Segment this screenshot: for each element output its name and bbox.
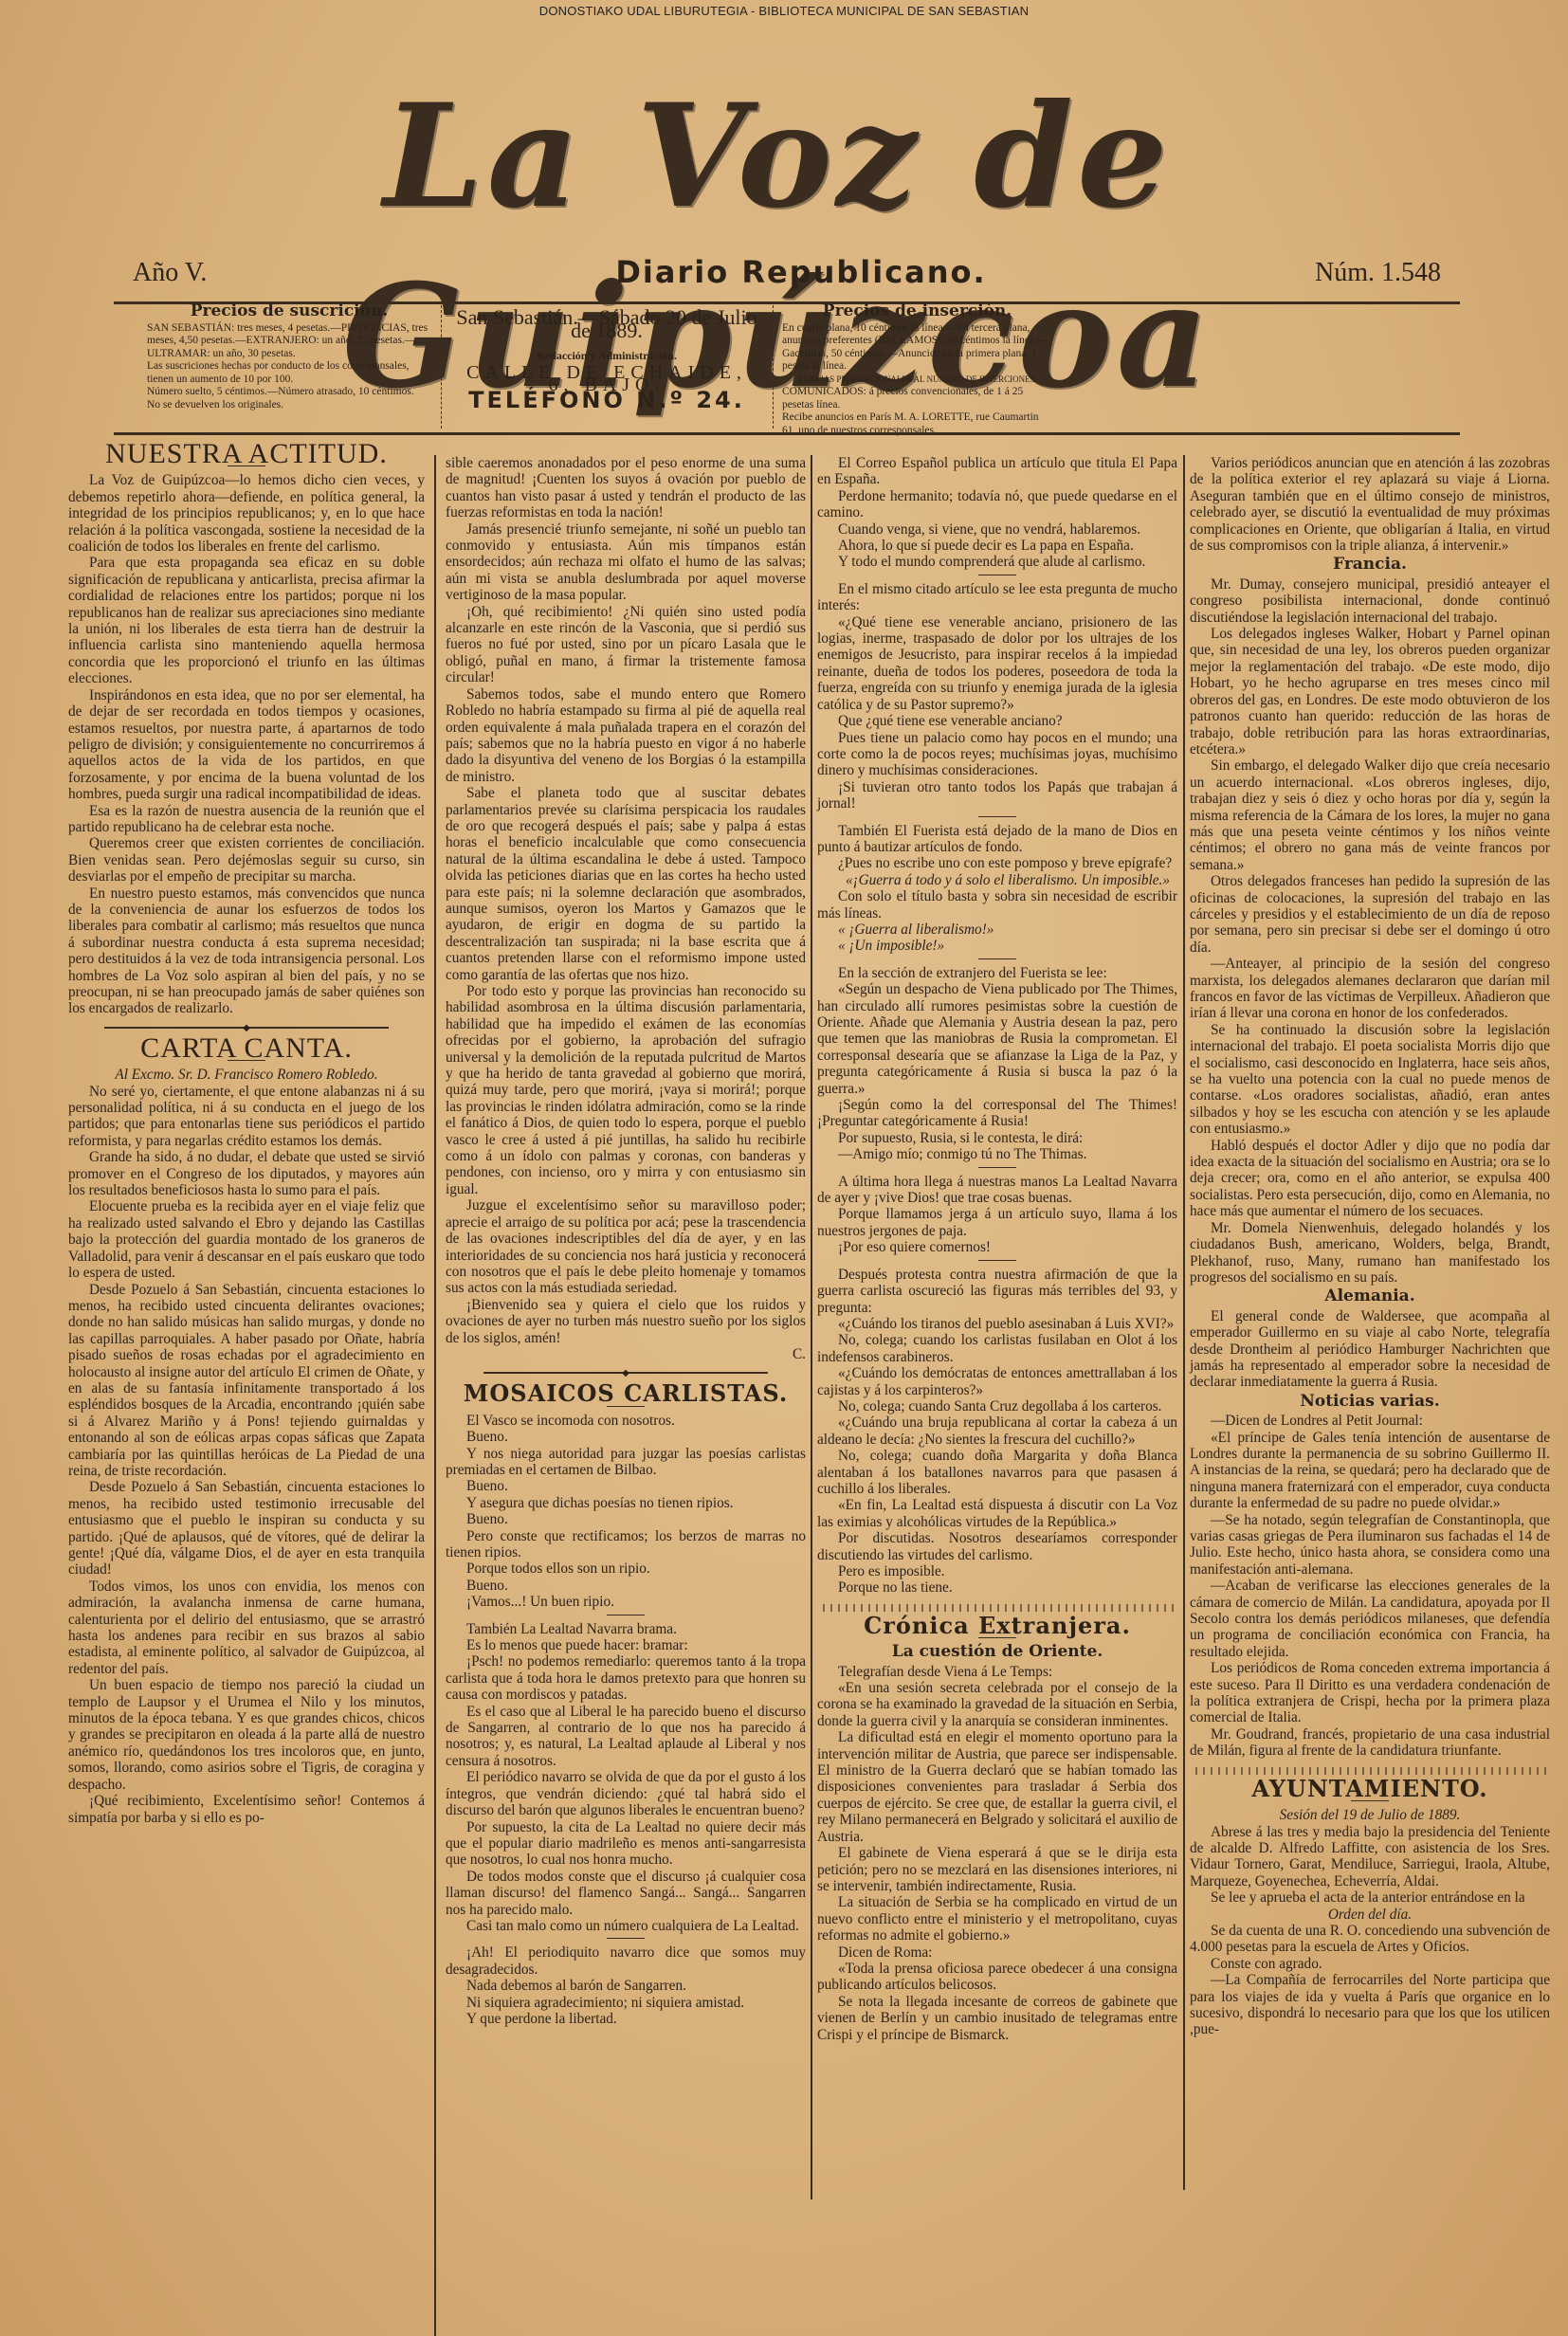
paragraph: Con solo el título basta y sobra sin nec… <box>817 888 1177 922</box>
column-2: sible caeremos anonadados por el peso en… <box>446 455 806 2027</box>
paragraph: «¿Cuándo una bruja republicana al cortar… <box>817 1414 1177 1448</box>
paragraph: En el mismo citado artículo se lee esta … <box>817 581 1177 614</box>
section-title-alemania: Alemania. <box>1190 1288 1550 1305</box>
paragraph: Inspirándonos en esta idea, que no por s… <box>68 687 425 803</box>
paragraph: Mr. Domela Nienwenhuis, delegado holandé… <box>1190 1220 1550 1287</box>
paragraph: Sin embargo, el delegado Walker dijo que… <box>1190 757 1550 873</box>
paragraph: Se da cuenta de una R. O. concediendo un… <box>1190 1923 1550 1956</box>
paragraph: A última hora llega á nuestras manos La … <box>817 1174 1177 1207</box>
paragraph: También La Lealtad Navarra brama. <box>446 1621 806 1637</box>
column-1: NUESTRA ACTITUD. La Voz de Guipúzcoa—lo … <box>68 446 425 1826</box>
paragraph: Sabemos todos, sabe el mundo entero que … <box>446 686 806 785</box>
paragraph: Habló después el doctor Adler y dijo que… <box>1190 1138 1550 1220</box>
subtitle: Diario Republicano. <box>123 254 1479 290</box>
paragraph: Es el caso que al Liberal le ha parecido… <box>446 1704 806 1770</box>
paragraph: No, colega; cuando los carlistas fusilab… <box>817 1332 1177 1365</box>
admin-label: Redacción y Administración. <box>450 350 763 363</box>
paragraph: Nada debemos al barón de Sangarren. <box>446 1978 806 1994</box>
paragraph: Queremos creer que existen corrientes de… <box>68 835 425 885</box>
paragraph: ¿Pues no escribe uno con este pomposo y … <box>817 855 1177 871</box>
paragraph: El Vasco se incomoda con nosotros. <box>446 1413 806 1429</box>
section-title-ayuntamiento: AYUNTAMIENTO. <box>1190 1780 1550 1797</box>
paragraph: Mr. Goudrand, francés, propietario de un… <box>1190 1726 1550 1760</box>
dash-divider <box>607 1615 645 1615</box>
dash-divider <box>607 1938 645 1939</box>
publication-info: San Sebastián.—Sábado 20 de Julio de 188… <box>450 305 763 429</box>
paragraph: En nuestro puesto estamos, más convencid… <box>68 885 425 1017</box>
paragraph: Otros delegados franceses han pedido la … <box>1190 873 1550 956</box>
paragraph: —Dicen de Londres al Petit Journal: <box>1190 1413 1550 1429</box>
paragraph: Ahora, lo que sí puede decir es La papa … <box>817 538 1177 554</box>
paragraph: Que ¿qué tiene ese venerable anciano? <box>817 713 1177 729</box>
subscription-prices: Precios de suscrición. SAN SEBASTIÁN: tr… <box>147 305 431 429</box>
paragraph: No seré yo, ciertamente, el que entone a… <box>68 1084 425 1150</box>
paragraph: Bueno. <box>446 1511 806 1527</box>
column-rule <box>811 455 812 2199</box>
paragraph: Jamás presencié triunfo semejante, ni so… <box>446 521 806 604</box>
paragraph: « ¡Un imposible!» <box>817 938 1177 954</box>
paragraph: ¡Vamos...! Un buen ripio. <box>446 1594 806 1610</box>
paragraph: Conste con agrado. <box>1190 1956 1550 1972</box>
paragraph: Pues tiene un palacio como hay pocos en … <box>817 730 1177 779</box>
dash-divider <box>978 816 1016 817</box>
publication-date: San Sebastián.—Sábado 20 de Julio de 188… <box>450 311 763 337</box>
paragraph: El Correo Español publica un artículo qu… <box>817 455 1177 488</box>
paragraph: Porque todos ellos son un ripio. <box>446 1560 806 1577</box>
column-3: El Correo Español publica un artículo qu… <box>817 455 1177 2043</box>
paragraph: «¿Cuándo los demócratas de entonces amet… <box>817 1365 1177 1398</box>
addressee: Al Excmo. Sr. D. Francisco Romero Robled… <box>68 1067 425 1083</box>
paragraph: ¡Bienvenido sea y quiera el cielo que lo… <box>446 1297 806 1346</box>
article-title: NUESTRA ACTITUD. <box>68 446 425 462</box>
insertion-prices: Precios de inserción. En cuarta plana, 1… <box>782 305 1052 429</box>
paragraph: ¡Psch! no podemos remediarlo: queremos t… <box>446 1653 806 1703</box>
paragraph: Esa es la razón de nuestra ausencia de l… <box>68 803 425 836</box>
column-rule <box>434 455 436 2336</box>
paragraph: El gabinete de Viena esperará á que se l… <box>817 1845 1177 1894</box>
wave-divider <box>817 1604 1177 1612</box>
paragraph: Pero es imposible. <box>817 1563 1177 1579</box>
paragraph: «En una sesión secreta celebrada por el … <box>817 1680 1177 1729</box>
subscription-line: Las suscriciones hechas por conducto de … <box>147 360 431 386</box>
paragraph: Telegrafían desde Viena á Le Temps: <box>817 1664 1177 1680</box>
paragraph: Todos vimos, los unos con envidia, los m… <box>68 1579 425 1677</box>
paragraph: —Se ha notado, según telegrafían de Cons… <box>1190 1512 1550 1579</box>
paragraph: «¡Guerra á todo y á solo el liberalismo.… <box>817 872 1177 888</box>
ornament-divider <box>104 1027 389 1029</box>
masthead-subheader: Año V. Diario Republicano. Núm. 1.548 <box>123 258 1479 296</box>
ornament-divider <box>483 1372 768 1374</box>
dash-divider <box>978 1260 1016 1261</box>
paragraph: «¿Cuándo los tiranos del pueblo asesinab… <box>817 1316 1177 1332</box>
paragraph: Se ha continuado la discusión sobre la l… <box>1190 1022 1550 1138</box>
divider <box>441 305 442 429</box>
paragraph: ¡Ah! El periodiquito navarro dice que so… <box>446 1944 806 1978</box>
info-band: Precios de suscrición. SAN SEBASTIÁN: tr… <box>119 305 1460 429</box>
paragraph: La dificultad está en elegir el momento … <box>817 1729 1177 1845</box>
paragraph: Desde Pozuelo á San Sebastián, cincuenta… <box>68 1282 425 1480</box>
paragraph: ¡Qué recibimiento, Excelentísimo señor! … <box>68 1793 425 1826</box>
insertion-line: COMUNICADOS: á precios convencionales, d… <box>782 386 1052 411</box>
paragraph: Pero conste que rectificamos; los berzos… <box>446 1528 806 1561</box>
library-stamp: DONOSTIAKO UDAL LIBURUTEGIA - BIBLIOTECA… <box>0 4 1568 18</box>
paragraph: Por discutidas. Nosotros desearíamos cor… <box>817 1530 1177 1563</box>
paragraph: —Amigo mío; conmigo tú no The Thimas. <box>817 1146 1177 1162</box>
paragraph: Varios periódicos anuncian que en atenci… <box>1190 455 1550 554</box>
article-title: MOSAICOS CARLISTAS. <box>446 1385 806 1401</box>
newspaper-page: DONOSTIAKO UDAL LIBURUTEGIA - BIBLIOTECA… <box>0 0 1568 2336</box>
paragraph: También El Fuerista está dejado de la ma… <box>817 823 1177 856</box>
subscription-line: SAN SEBASTIÁN: tres meses, 4 pesetas.—PR… <box>147 322 431 361</box>
paragraph: Y asegura que dichas poesías no tienen r… <box>446 1495 806 1511</box>
paragraph: —Acaban de verificarse las elecciones ge… <box>1190 1578 1550 1660</box>
paragraph: Y nos niega autoridad para juzgar las po… <box>446 1446 806 1479</box>
paragraph: Y que perdone la libertad. <box>446 2011 806 2027</box>
article-title: CARTA CANTA. <box>68 1040 425 1056</box>
paragraph: Elocuente prueba es la recibida ayer en … <box>68 1198 425 1281</box>
paragraph: Cuando venga, si viene, que no vendrá, h… <box>817 521 1177 538</box>
paragraph: Dicen de Roma: <box>817 1944 1177 1961</box>
paragraph: Bueno. <box>446 1478 806 1494</box>
signature: C. <box>446 1346 806 1362</box>
paragraph: ¡Oh, qué recibimiento! ¿Ni quién sino us… <box>446 604 806 686</box>
header-rule-bottom <box>114 432 1460 435</box>
insertion-heading: Precios de inserción. <box>782 305 1052 319</box>
paragraph: Bueno. <box>446 1429 806 1445</box>
paragraph: « ¡Guerra al liberalismo!» <box>817 922 1177 938</box>
subscription-line: Número suelto, 5 céntimos.—Número atrasa… <box>147 386 431 399</box>
paragraph: Ni siquiera agradecimiento; ni siquiera … <box>446 1995 806 2011</box>
paragraph: Los periódicos de Roma conceden extrema … <box>1190 1660 1550 1726</box>
paragraph: Se nota la llegada incesante de correos … <box>817 1994 1177 2043</box>
paragraph: Por todo esto y porque las provincias ha… <box>446 983 806 1197</box>
divider <box>773 305 774 429</box>
paragraph: Para que esta propaganda sea eficaz en s… <box>68 555 425 686</box>
paragraph: Desde Pozuelo á San Sebastián, cincuenta… <box>68 1479 425 1578</box>
session-date: Sesión del 19 de Julio de 1889. <box>1190 1807 1550 1823</box>
subscription-line: No se devuelven los originales. <box>147 399 431 412</box>
paragraph: Porque no las tiene. <box>817 1579 1177 1596</box>
wave-divider <box>1190 1767 1550 1775</box>
paragraph: «Según un despacho de Viena publicado po… <box>817 981 1177 1097</box>
paragraph: Sabe el planeta todo que al suscitar deb… <box>446 785 806 983</box>
paragraph: ¡Por eso quiere comernos! <box>817 1239 1177 1255</box>
paragraph: Mr. Dumay, consejero municipal, presidió… <box>1190 576 1550 626</box>
phone: TELÉFONO N.º 24. <box>450 394 763 408</box>
subscription-heading: Precios de suscrición. <box>147 305 431 319</box>
column-4: Varios periódicos anuncian que en atenci… <box>1190 455 1550 2038</box>
paragraph: Los delegados ingleses Walker, Hobart y … <box>1190 626 1550 757</box>
column-rule <box>1183 455 1185 2190</box>
paragraph: «El príncipe de Gales tenía intención de… <box>1190 1430 1550 1512</box>
paragraph: Es lo menos que puede hacer: bramar: <box>446 1637 806 1653</box>
dash-divider <box>978 1167 1016 1168</box>
paragraph: sible caeremos anonadados por el peso en… <box>446 455 806 521</box>
paragraph: La Voz de Guipúzcoa—lo hemos dicho cien … <box>68 472 425 555</box>
paragraph: «¿Qué tiene ese venerable anciano, prisi… <box>817 614 1177 713</box>
dash-divider <box>978 958 1016 959</box>
section-title-noticias: Noticias varias. <box>1190 1394 1550 1410</box>
paragraph: Un buen espacio de tiempo nos pareció la… <box>68 1677 425 1793</box>
paragraph: ¡Según como la del corresponsal del The … <box>817 1097 1177 1130</box>
paragraph: «En fin, La Lealtad está dispuesta á dis… <box>817 1497 1177 1530</box>
paragraph: En la sección de extranjero del Fuerista… <box>817 965 1177 981</box>
dash-divider <box>978 575 1016 575</box>
section-title: Crónica Extranjera. <box>817 1617 1177 1633</box>
paragraph: «Toda la prensa oficiosa parece obedecer… <box>817 1961 1177 1994</box>
paragraph: No, colega; cuando Santa Cruz degollaba … <box>817 1398 1177 1414</box>
paragraph: Grande ha sido, á no dudar, el debate qu… <box>68 1149 425 1198</box>
paragraph: Porque llamamos jerga á un artículo suyo… <box>817 1206 1177 1239</box>
paragraph: Juzgue el excelentísimo señor su maravil… <box>446 1197 806 1296</box>
paragraph: —La Compañía de ferrocarriles del Norte … <box>1190 1972 1550 2038</box>
paragraph: Se lee y aprueba el acta de la anterior … <box>1190 1889 1550 1906</box>
paragraph: Y todo el mundo comprenderá que alude al… <box>817 554 1177 570</box>
insertion-line: REBAJAS PROPORCIONALES AL NÚMERO DE INSE… <box>782 374 1052 387</box>
paragraph: El periódico navarro se olvida de que da… <box>446 1769 806 1818</box>
paragraph: Perdone hermanito; todavía nó, que puede… <box>817 488 1177 521</box>
paragraph: ¡Si tuvieran otro tanto todos los Papás … <box>817 779 1177 812</box>
paragraph: Bueno. <box>446 1578 806 1594</box>
paragraph: La situación de Serbia se ha complicado … <box>817 1894 1177 1944</box>
paragraph: Después protesta contra nuestra afirmaci… <box>817 1267 1177 1316</box>
paragraph: Por supuesto, Rusia, si le contesta, le … <box>817 1130 1177 1146</box>
paragraph: Por supuesto, la cita de La Lealtad no q… <box>446 1819 806 1869</box>
paragraph: Abrese á las tres y media bajo la presid… <box>1190 1824 1550 1890</box>
orden-del-dia: Orden del día. <box>1190 1907 1550 1923</box>
paragraph: —Anteayer, al principio de la sesión del… <box>1190 956 1550 1022</box>
paragraph: No, colega; cuando doña Margarita y doña… <box>817 1448 1177 1497</box>
section-title-francia: Francia. <box>1190 557 1550 573</box>
subsection-title: La cuestión de Oriente. <box>817 1644 1177 1660</box>
issue-number: Núm. 1.548 <box>1315 258 1441 288</box>
paragraph: El general conde de Waldersee, que acomp… <box>1190 1308 1550 1391</box>
paragraph: Casi tan malo como un número cualquiera … <box>446 1918 806 1934</box>
paragraph: De todos modos conste que el discurso ¡á… <box>446 1869 806 1918</box>
insertion-line: En cuarta plana, 10 céntimos la línea.—E… <box>782 322 1052 374</box>
